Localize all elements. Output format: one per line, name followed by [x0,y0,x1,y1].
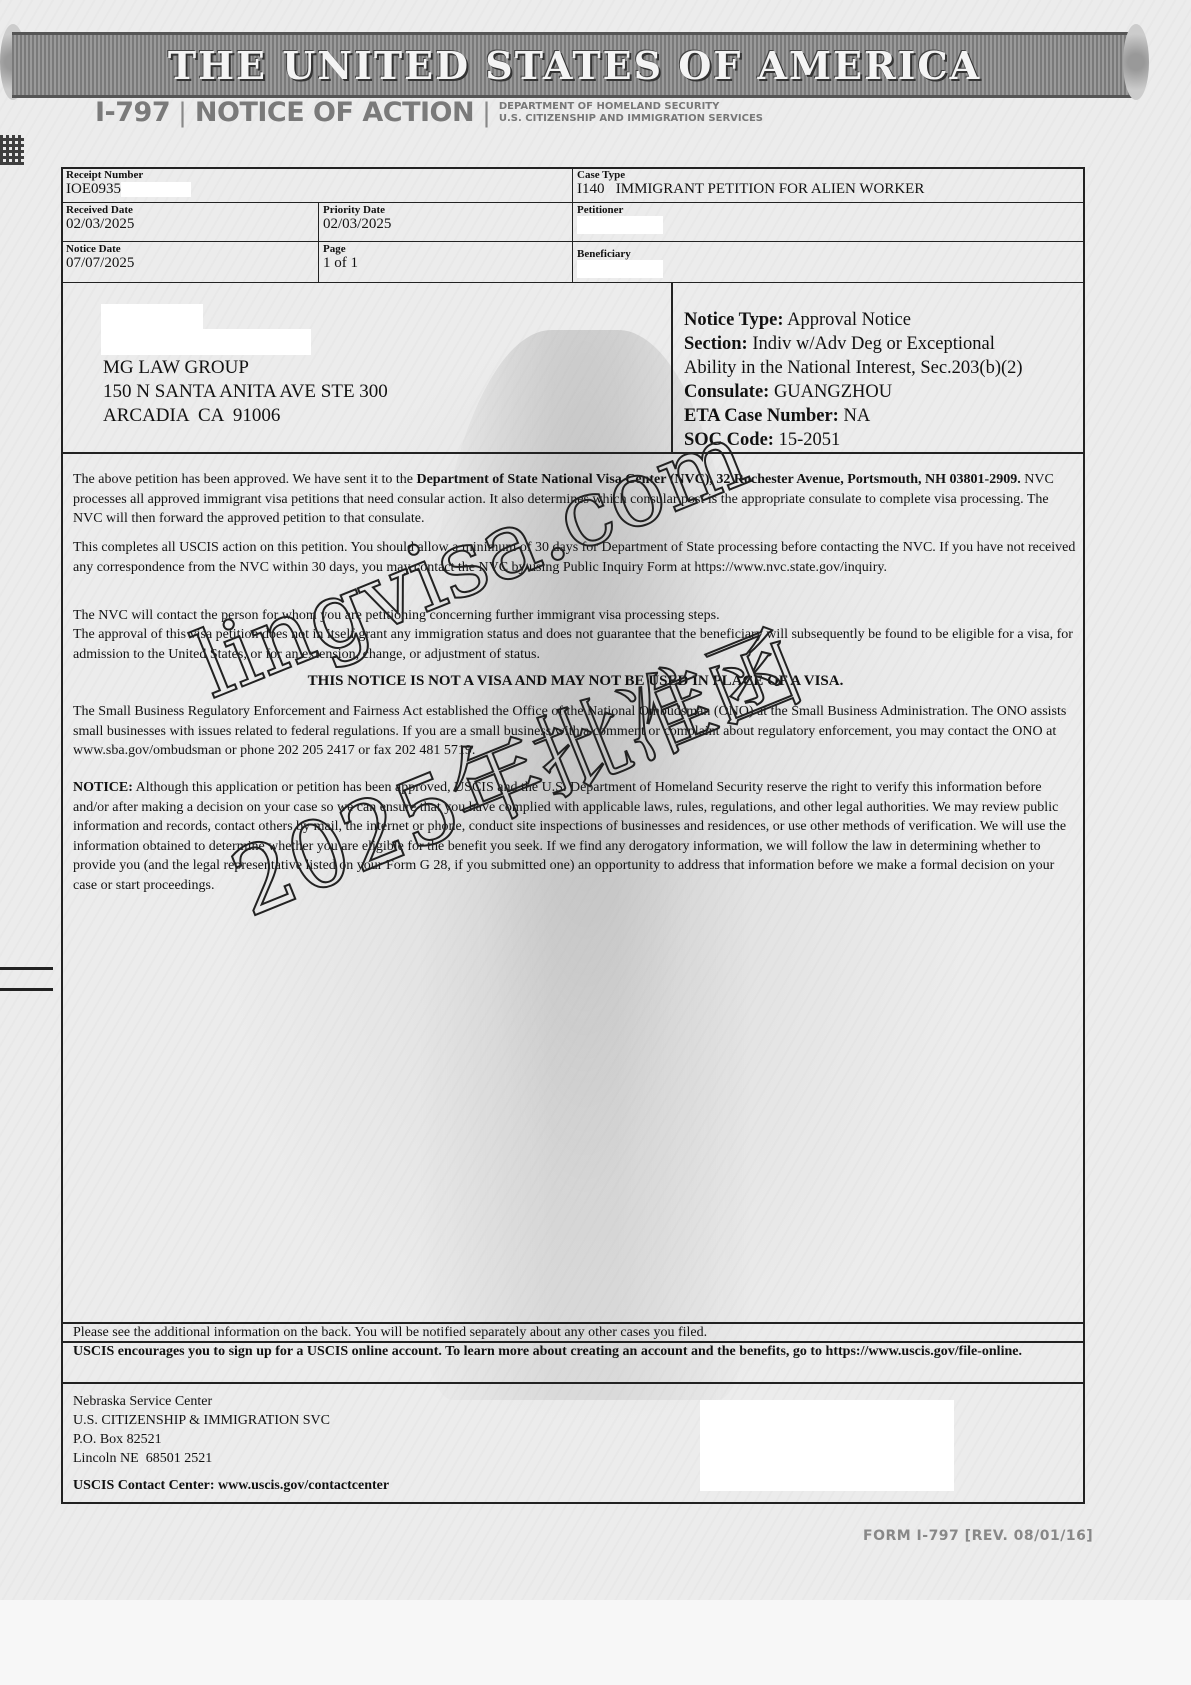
field-value: 07/07/2025 [62,255,318,272]
field-value: 02/03/2025 [319,216,572,233]
field-value: IOE0935 [62,181,572,198]
field-label: Received Date [62,203,318,216]
field-label: Petitioner [573,203,1084,216]
form-id: I-797 [95,97,170,128]
service-center-line: Lincoln NE 68501 2521 [73,1449,330,1468]
service-center-line: Nebraska Service Center [73,1392,330,1411]
form-header: I-797 | NOTICE OF ACTION | DEPARTMENT OF… [95,97,763,128]
service-center-line: U.S. CITIZENSHIP & IMMIGRATION SVC [73,1411,330,1430]
receipt-number-cell: Receipt Number IOE0935 [61,167,573,203]
address-line: 150 N SANTA ANITA AVE STE 300 [103,380,388,404]
paragraph-no-status: The approval of this visa petition does … [73,625,1078,664]
redaction [577,216,663,234]
field-label: Receipt Number [62,168,572,181]
paragraph-approval: The above petition has been approved. We… [73,470,1078,529]
fold-mark [0,988,53,991]
field-value [573,260,1084,283]
field-label: Notice Date [62,242,318,255]
service-center-address: Nebraska Service Center U.S. CITIZENSHIP… [73,1392,330,1468]
separator: | [482,98,491,128]
redaction [577,260,663,278]
beneficiary-cell: Beneficiary [572,241,1085,283]
notice-info: Notice Type: Approval Notice Section: In… [684,308,1023,452]
banner-ornament-right [1123,24,1149,100]
field-value: 02/03/2025 [62,216,318,233]
agency-line: U.S. CITIZENSHIP AND IMMIGRATION SERVICE… [499,113,763,125]
field-label: Beneficiary [573,242,1084,260]
field-value: I140 IMMIGRANT PETITION FOR ALIEN WORKER [573,181,1084,198]
address-line: MG LAW GROUP [103,356,388,380]
notice-type: Notice Type: Approval Notice [684,308,1023,332]
separator: | [178,98,187,128]
field-value: 1 of 1 [319,255,572,272]
case-type-cell: Case Type I140 IMMIGRANT PETITION FOR AL… [572,167,1085,203]
agency-line: DEPARTMENT OF HOMELAND SECURITY [499,101,763,113]
section: Section: Indiv w/Adv Deg or Exceptional [684,332,1023,356]
eta-case-number: ETA Case Number: NA [684,404,1023,428]
petitioner-cell: Petitioner [572,202,1085,242]
barcode-icon [0,135,24,165]
contact-center: USCIS Contact Center: www.uscis.gov/cont… [73,1476,389,1495]
banner-title: THE UNITED STATES OF AMERICA [168,43,981,88]
field-label: Page [319,242,572,255]
page-cell: Page 1 of 1 [318,241,573,283]
additional-info-note: Please see the additional information on… [73,1323,707,1342]
redaction [121,182,191,197]
soc-code: SOC Code: 15-2051 [684,428,1023,452]
form-name: NOTICE OF ACTION [195,97,474,128]
mailing-address: MG LAW GROUP 150 N SANTA ANITA AVE STE 3… [103,356,388,428]
address-line: ARCADIA CA 91006 [103,404,388,428]
redaction [700,1400,954,1491]
notice-date-cell: Notice Date 07/07/2025 [61,241,319,283]
paragraph-ombudsman: The Small Business Regulatory Enforcemen… [73,702,1078,761]
form-revision: FORM I-797 [REV. 08/01/16] [863,1528,1093,1544]
field-label: Case Type [573,168,1084,181]
divider [61,452,1085,454]
paragraph-uscis-action: This completes all USCIS action on this … [73,538,1078,577]
paragraph-nvc-contact: The NVC will contact the person for whom… [73,606,1078,626]
banner: THE UNITED STATES OF AMERICA [12,32,1137,98]
divider [61,1382,1085,1384]
redaction [101,304,203,330]
online-account-note: USCIS encourages you to sign up for a US… [73,1342,1073,1361]
redaction [101,329,311,355]
priority-date-cell: Priority Date 02/03/2025 [318,202,573,242]
not-a-visa-warning: THIS NOTICE IS NOT A VISA AND MAY NOT BE… [73,673,1078,690]
paragraph-notice: NOTICE: Although this application or pet… [73,778,1078,895]
divider [671,283,673,453]
field-label: Priority Date [319,203,572,216]
section-continued: Ability in the National Interest, Sec.20… [684,356,1023,380]
service-center-line: P.O. Box 82521 [73,1430,330,1449]
agency: DEPARTMENT OF HOMELAND SECURITY U.S. CIT… [499,101,763,125]
field-value [573,216,1084,239]
consulate: Consulate: GUANGZHOU [684,380,1023,404]
fold-mark [0,967,53,970]
received-date-cell: Received Date 02/03/2025 [61,202,319,242]
